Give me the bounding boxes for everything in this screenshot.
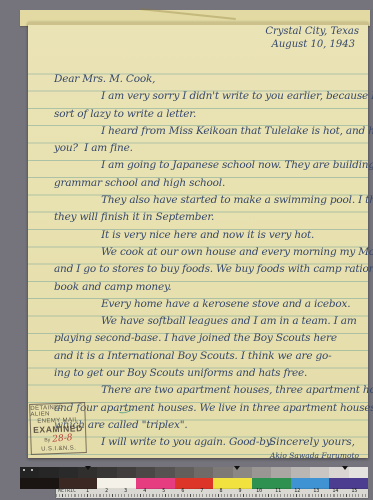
color-patch	[97, 478, 136, 489]
ruler-ticks	[56, 494, 368, 497]
ruler-number: 15	[345, 489, 364, 494]
gray-step	[349, 467, 368, 478]
color-calibration-bar	[20, 467, 368, 489]
ruler-number: 8	[211, 489, 230, 494]
gray-step	[155, 467, 174, 478]
letter-closing: Sincerely yours,	[269, 436, 355, 448]
letter-line: they will finish it in September.	[54, 209, 368, 226]
letter-line: playing second-base. I have joined the B…	[54, 330, 368, 347]
gray-step	[252, 467, 271, 478]
ruler-label: METRIC	[58, 489, 76, 494]
letter-line: I am very sorry I didn't write to you ea…	[54, 88, 368, 105]
letter-date: August 10, 1943	[272, 39, 355, 50]
ruler-number: 6	[173, 489, 192, 494]
letter-line: There are two apartment houses, three ap…	[54, 382, 368, 399]
letter-line: and it is a International Boy Scouts. I …	[54, 348, 368, 365]
letter-line: We have softball leagues and I am in a t…	[54, 313, 368, 330]
grayscale-steps	[20, 467, 368, 478]
stamp-line-detained: DETAINED ALIEN	[30, 404, 84, 418]
letter-line: you? I am fine.	[54, 140, 368, 157]
gray-step	[194, 467, 213, 478]
letter-line: Every home have a kerosene stove and a i…	[54, 296, 368, 313]
letter-signature: Akio Sawada Furumoto	[270, 451, 359, 460]
letter-body: Dear Mrs. M. Cook, I am very sorry I did…	[54, 71, 368, 452]
ruler-number: 3	[116, 489, 135, 494]
gray-step	[39, 467, 58, 478]
registration-mark	[234, 466, 240, 470]
registration-dot	[23, 469, 25, 471]
gray-step	[136, 467, 155, 478]
fold-crease	[28, 22, 368, 25]
ruler-number: 5	[154, 489, 173, 494]
ruler-number: 10	[250, 489, 269, 494]
registration-dot	[31, 469, 33, 471]
gray-step	[271, 467, 290, 478]
registration-mark	[85, 466, 91, 470]
ruler-number: 1	[78, 489, 97, 494]
censor-stamp: DETAINED ALIEN ENEMY MAIL EXAMINED By 28…	[29, 402, 87, 455]
ruler-number: 9	[231, 489, 250, 494]
letter-line: It is very nice here and now it is very …	[54, 227, 368, 244]
ruler-number: 11	[269, 489, 288, 494]
gray-step	[213, 467, 232, 478]
letter-line: book and camp money.	[54, 279, 368, 296]
letter-line: sort of lazy to write a letter.	[54, 106, 368, 123]
stamp-censor-row: By 28-8	[44, 434, 72, 445]
gray-step	[97, 467, 116, 478]
letter-line: We cook at our own house and every morni…	[54, 244, 368, 261]
ruler-number: 12	[288, 489, 307, 494]
registration-mark	[342, 466, 348, 470]
stamp-censor-number: 28-8	[52, 434, 73, 445]
letter-line: which are called "triplex".	[54, 417, 368, 434]
gray-step	[175, 467, 194, 478]
stamp-by-label: By	[44, 436, 50, 445]
letter-line: grammar school and high school.	[54, 175, 368, 192]
gray-step	[117, 467, 136, 478]
ruler-number: 7	[192, 489, 211, 494]
gray-step	[310, 467, 329, 478]
scan-backdrop: Crystal City, Texas August 10, 1943 Dear…	[0, 0, 373, 500]
ruler-number: 2	[97, 489, 116, 494]
letter-line: Dear Mrs. M. Cook,	[54, 71, 368, 88]
letter-line: I am going to Japanese school now. They …	[54, 157, 368, 174]
letter-line: I heard from Miss Keikoan that Tulelake …	[54, 123, 368, 140]
color-patch	[20, 478, 59, 489]
ruler-number: 13	[307, 489, 326, 494]
letter-line: and I go to stores to buy foods. We buy …	[54, 261, 368, 278]
ruler-numbers: 123456789101112131415	[56, 489, 368, 494]
ruler-number: 4	[135, 489, 154, 494]
gray-step	[291, 467, 310, 478]
letter-line: ing to get our Boy Scouts uniforms and h…	[54, 365, 368, 382]
stamp-line-agency: U.S.I.&N.S.	[41, 445, 76, 452]
letter-line: and four apartment houses. We live in th…	[54, 400, 368, 417]
metric-ruler: METRIC 123456789101112131415	[56, 489, 368, 498]
letter-place: Crystal City, Texas	[265, 26, 359, 37]
letter-line: They also have started to make a swimmin…	[54, 192, 368, 209]
ruler-number: 14	[326, 489, 345, 494]
gray-step	[59, 467, 78, 478]
color-patch	[136, 478, 175, 489]
